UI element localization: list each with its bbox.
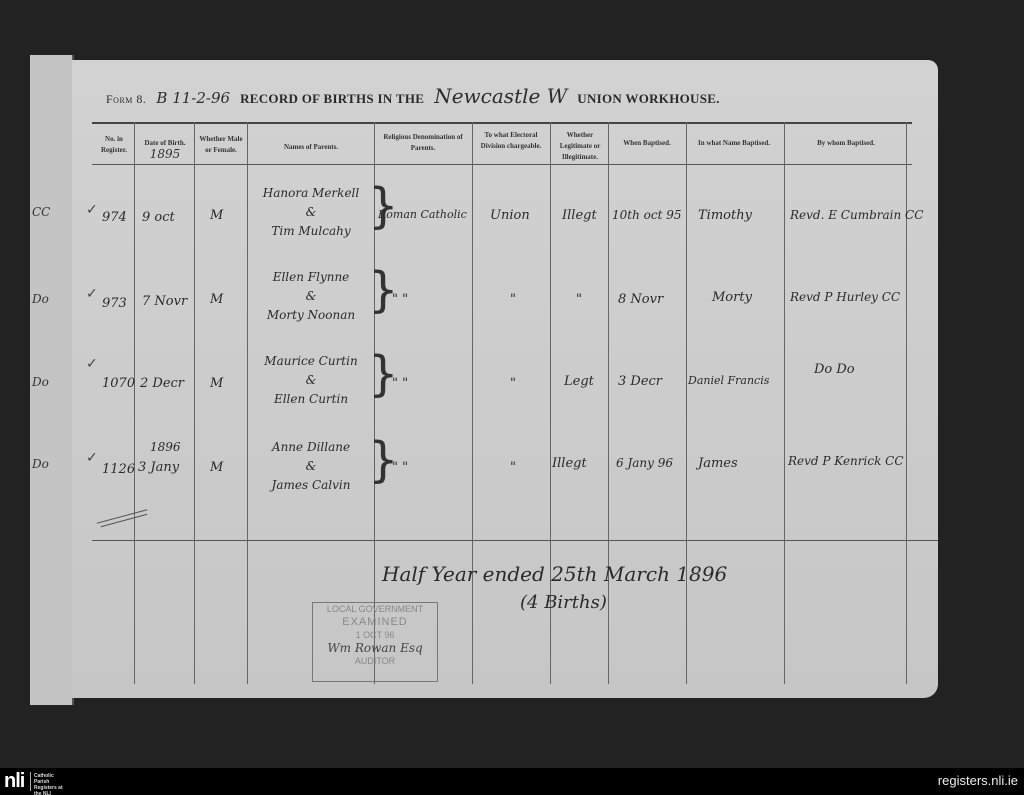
stamp-auditor: AUDITOR [313,655,437,668]
sex: M [210,376,223,391]
register-no: 973 [102,296,127,311]
stamp-signature: Wm Rowan Esq [313,642,437,655]
parent-2: James Calvin [252,476,370,495]
header-parents: Names of Parents. [248,142,374,153]
footer-bar: nli Catholic Parish Registers at the NLI… [0,768,1024,795]
sex: M [210,460,223,475]
title-suffix: UNION WORKHOUSE. [577,91,720,107]
title-prefix: RECORD OF BIRTHS IN THE [240,91,424,107]
scanned-register-image: CC Do Do Do Form 8. B 11-2-96 RECORD OF … [0,0,1024,768]
parent-1: Maurice Curtin [252,352,370,371]
baptised-by: Do Do [814,362,855,377]
birth-date: 3 Jany [138,460,179,475]
baptised-when: 8 Novr [618,292,663,307]
electoral-division: " [510,376,516,391]
parents-names: Ellen Flynne & Morty Noonan [252,268,370,325]
baptised-name: Timothy [698,208,752,223]
entries-bottom-rule [92,540,938,541]
column-divider [608,122,609,684]
check-mark-icon: ✓ [86,202,98,218]
baptised-name: Morty [712,290,752,305]
column-divider [686,122,687,684]
header-baptised-by: By whom Baptised. [786,138,906,149]
baptised-when: 3 Decr [618,374,662,389]
baptised-when: 10th oct 95 [612,208,682,222]
parent-1: Hanora Merkell [252,184,370,203]
electoral-division: " [510,292,516,307]
site-link[interactable]: registers.nli.ie [938,773,1018,788]
parent-1: Anne Dillane [252,438,370,457]
summary-count: (4 Births) [520,592,607,613]
check-mark-icon: ✓ [86,450,98,466]
header-date-of-birth: Date of Birth. 1895 [136,138,194,160]
column-divider [784,122,785,684]
baptised-name: James [698,456,738,471]
parents-names: Hanora Merkell & Tim Mulcahy [252,184,370,241]
legitimacy: Legt [564,374,594,389]
legitimacy: Illegt [562,208,597,223]
column-divider [472,122,473,684]
parents-names: Maurice Curtin & Ellen Curtin [252,352,370,409]
header-top-rule [92,122,912,124]
parent-2: Tim Mulcahy [252,222,370,241]
sex: M [210,292,223,307]
header-year: 1895 [136,149,194,160]
legitimacy: " [576,292,582,307]
header-division: To what Electoral Division chargeable. [474,130,548,152]
margin-note: CC [32,205,50,219]
ampersand: & [252,203,370,222]
margin-note: Do [32,375,49,389]
column-divider [194,122,195,684]
electoral-division: Union [490,208,530,223]
header-religion: Religious Denomination of Parents. [376,132,470,154]
baptised-name: Daniel Francis [688,374,769,387]
register-no: 974 [102,210,127,225]
baptised-by: Revd P Hurley CC [790,290,900,304]
header-legitimacy: Whether Legitimate or Illegitimate. [552,130,608,163]
religion: " " [392,292,408,307]
birth-date: 9 oct [142,210,175,225]
logo-divider [30,772,31,791]
column-divider [906,122,907,684]
religion: " " [392,376,408,391]
brace-icon: } [368,182,399,230]
ampersand: & [252,371,370,390]
header-baptised-name: In what Name Baptised. [686,138,782,149]
birth-year-note: 1896 [150,440,181,454]
parent-1: Ellen Flynne [252,268,370,287]
summary-line: Half Year ended 25th March 1896 [382,562,727,586]
page-title: Form 8. B 11-2-96 RECORD OF BIRTHS IN TH… [106,84,720,114]
margin-note: Do [32,292,49,306]
header-bottom-rule [92,164,912,165]
stamp-examined: EXAMINED [313,616,437,629]
sex: M [210,208,223,223]
ref-note: B 11-2-96 [156,89,230,107]
header-when-baptised: When Baptised. [610,138,684,149]
parents-names: Anne Dillane & James Calvin [252,438,370,495]
stamp-line: LOCAL GOVERNMENT [313,603,437,616]
baptised-by: Revd P Kenrick CC [788,454,904,468]
header-sex: Whether Male or Female. [196,134,246,156]
religion: " " [392,460,408,475]
column-divider [134,122,135,684]
legitimacy: Illegt [552,456,587,471]
electoral-division: " [510,460,516,475]
birth-date: 7 Novr [142,294,187,309]
baptised-by: Revd. E Cumbrain CC [790,208,923,222]
union-name: Newcastle W [434,84,567,108]
check-mark-icon: ✓ [86,286,98,302]
logo-caption: Catholic Parish Registers at the NLI [34,773,70,795]
parent-2: Ellen Curtin [252,390,370,409]
ampersand: & [252,287,370,306]
facing-page-edge: CC Do Do Do [30,55,74,705]
register-no: 1070 [102,376,135,391]
nli-logo: nli [4,771,24,791]
check-mark-icon: ✓ [86,356,98,372]
ampersand: & [252,457,370,476]
form-label: Form 8. [106,92,146,107]
audit-stamp: LOCAL GOVERNMENT EXAMINED 1 OCT 96 Wm Ro… [312,602,438,682]
register-page: Form 8. B 11-2-96 RECORD OF BIRTHS IN TH… [72,60,938,698]
register-no: 1126 [102,462,135,477]
margin-note: Do [32,457,49,471]
parent-2: Morty Noonan [252,306,370,325]
column-divider [247,122,248,684]
header-register-no: No. in Register. [94,134,134,156]
baptised-when: 6 Jany 96 [616,456,673,470]
birth-date: 2 Decr [140,376,184,391]
religion: Roman Catholic [378,208,467,221]
